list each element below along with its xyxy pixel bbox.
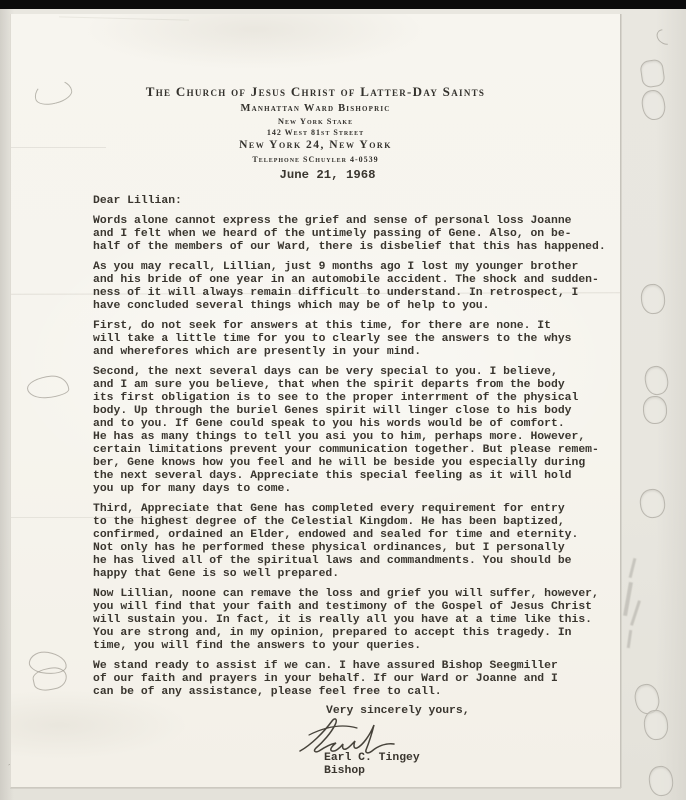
scan-edge-strip [0, 0, 686, 9]
punch-hole [642, 709, 669, 741]
body-paragraph: Words alone cannot express the grief and… [93, 215, 617, 254]
stamp-smudge [627, 630, 632, 648]
closing-block: Very sincerely yours, Earl C. Tingey Bis… [297, 705, 537, 787]
letterhead-ward: Manhattan Ward Bishopric [11, 104, 620, 114]
body-paragraph: We stand ready to assist if we can. I ha… [93, 660, 617, 699]
punch-hole [643, 364, 671, 397]
letterhead-street-address: 142 West 81st Street [11, 128, 620, 137]
signed-title: Bishop [324, 765, 365, 778]
letter-date: June 21, 1968 [11, 169, 620, 182]
body-paragraph: Third, Appreciate that Gene has complete… [93, 503, 617, 581]
letter-sheet: The Church of Jesus Christ of Latter-Day… [10, 14, 621, 788]
staple-mark [26, 374, 70, 400]
letterhead-city: New York 24, New York [11, 139, 620, 151]
stamp-smudge [629, 558, 637, 578]
punch-hole [638, 487, 667, 519]
letter-body: Dear Lillian: Words alone cannot express… [93, 195, 617, 706]
body-paragraph: Now Lillian, noone can remave the loss a… [93, 588, 617, 653]
letterhead-phone: Telephone SChuyler 4-0539 [11, 155, 620, 164]
signed-name: Earl C. Tingey [324, 752, 420, 765]
letterhead-stake: New York Stake [11, 117, 620, 126]
stamp-smudge [630, 600, 641, 626]
body-paragraph: As you may recall, Lillian, just 9 month… [93, 261, 617, 313]
stamp-smudge [623, 582, 633, 616]
punch-hole [642, 395, 668, 425]
paper-curl-mark [654, 26, 677, 48]
scanned-letter-document: The Church of Jesus Christ of Latter-Day… [0, 0, 686, 800]
punch-hole [639, 283, 666, 315]
salutation: Dear Lillian: [93, 195, 617, 208]
body-paragraph: First, do not seek for answers at this t… [93, 320, 617, 359]
letterhead-organization: The Church of Jesus Christ of Latter-Day… [11, 85, 620, 98]
punch-hole [647, 764, 675, 797]
letterhead: The Church of Jesus Christ of Latter-Day… [11, 14, 620, 164]
handwritten-signature [297, 717, 407, 757]
body-paragraph: Second, the next several days can be ver… [93, 366, 617, 496]
punch-hole [640, 88, 668, 122]
punch-hole [639, 59, 666, 89]
